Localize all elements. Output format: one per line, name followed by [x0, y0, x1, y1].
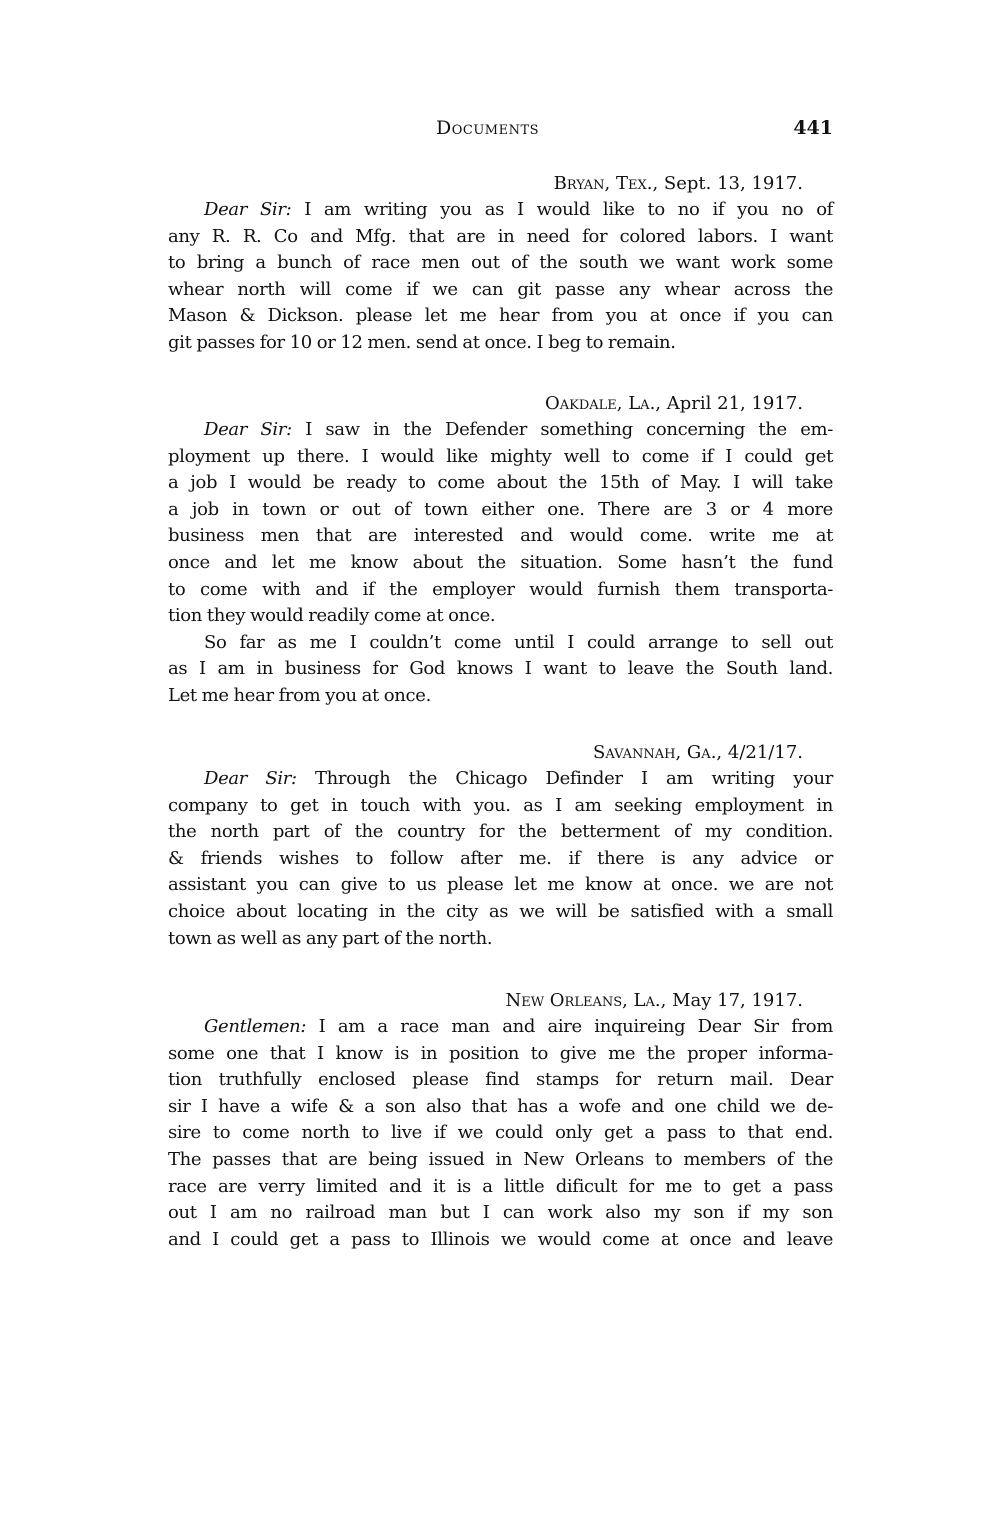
- salutation: Dear Sir:: [204, 419, 292, 440]
- body-line: whear north will come if we can git pass…: [168, 277, 833, 304]
- dateline: Oakdale, La., April 21, 1917.: [168, 390, 833, 417]
- body-line: company to get in touch with you. as I a…: [168, 793, 833, 820]
- body-line: tion truthfully enclosed please find sta…: [168, 1067, 833, 1094]
- body-line: & friends wishes to follow after me. if …: [168, 846, 833, 873]
- body-line: sir I have a wife & a son also that has …: [168, 1094, 833, 1121]
- dateline-date: May 17, 1917.: [666, 990, 803, 1011]
- letter-savannah: Savannah, Ga., 4/21/17. Dear Sir: Throug…: [168, 739, 833, 952]
- body-line: git passes for 10 or 12 men. send at onc…: [168, 330, 833, 357]
- dateline-date: April 21, 1917.: [661, 393, 803, 414]
- body-line: Mason & Dickson. please let me hear from…: [168, 303, 833, 330]
- body-line: to bring a bunch of race men out of the …: [168, 250, 833, 277]
- body-line: a job I would be ready to come about the…: [168, 470, 833, 497]
- body-line: Dear Sir: I am writing you as I would li…: [168, 197, 833, 224]
- body-line: race are verry limited and it is a littl…: [168, 1174, 833, 1201]
- letter-new-orleans: New Orleans, La., May 17, 1917. Gentleme…: [168, 987, 833, 1253]
- body-line: choice about locating in the city as we …: [168, 899, 833, 926]
- dateline-date: Sept. 13, 1917.: [658, 173, 803, 194]
- letter-bryan: Bryan, Tex., Sept. 13, 1917. Dear Sir: I…: [168, 170, 833, 357]
- dateline-place: New Orleans, La.,: [505, 990, 666, 1011]
- salutation: Gentlemen:: [204, 1016, 306, 1037]
- letter-oakdale: Oakdale, La., April 21, 1917. Dear Sir: …: [168, 390, 833, 710]
- dateline: Bryan, Tex., Sept. 13, 1917.: [168, 170, 833, 197]
- body-line: sire to come north to live if we could o…: [168, 1120, 833, 1147]
- body-line: and I could get a pass to Illinois we wo…: [168, 1227, 833, 1254]
- body-line: as I am in business for God knows I want…: [168, 656, 833, 683]
- page-number: 441: [793, 117, 833, 139]
- letter-body: Dear Sir: Through the Chicago Definder I…: [168, 766, 833, 952]
- body-line: Gentlemen: I am a race man and aire inqu…: [168, 1014, 833, 1041]
- letter-body: Dear Sir: I am writing you as I would li…: [168, 197, 833, 357]
- body-line: a job in town or out of town either one.…: [168, 497, 833, 524]
- body-line: any R. R. Co and Mfg. that are in need f…: [168, 224, 833, 251]
- running-head: Documents 441: [168, 117, 833, 143]
- body-line: once and let me know about the situation…: [168, 550, 833, 577]
- body-line: to come with and if the employer would f…: [168, 577, 833, 604]
- dateline-place: Savannah, Ga.,: [593, 742, 722, 763]
- salutation: Dear Sir:: [204, 768, 297, 789]
- dateline-place: Bryan, Tex.,: [554, 173, 659, 194]
- letter-body: Dear Sir: I saw in the Defender somethin…: [168, 417, 833, 710]
- body-line: tion they would readily come at once.: [168, 603, 833, 630]
- body-line: Dear Sir: I saw in the Defender somethin…: [168, 417, 833, 444]
- dateline: Savannah, Ga., 4/21/17.: [168, 739, 833, 766]
- body-line: ployment up there. I would like mighty w…: [168, 444, 833, 471]
- body-line: Dear Sir: Through the Chicago Definder I…: [168, 766, 833, 793]
- salutation: Dear Sir:: [204, 199, 291, 220]
- body-line: Let me hear from you at once.: [168, 683, 833, 710]
- body-line: the north part of the country for the be…: [168, 819, 833, 846]
- body-line: out I am no railroad man but I can work …: [168, 1200, 833, 1227]
- body-line: some one that I know is in position to g…: [168, 1041, 833, 1068]
- body-line: business men that are interested and wou…: [168, 523, 833, 550]
- body-line: assistant you can give to us please let …: [168, 872, 833, 899]
- dateline-date: 4/21/17.: [722, 742, 803, 763]
- running-title: Documents: [436, 117, 539, 139]
- dateline-place: Oakdale, La.,: [545, 393, 661, 414]
- body-line: The passes that are being issued in New …: [168, 1147, 833, 1174]
- letter-body: Gentlemen: I am a race man and aire inqu…: [168, 1014, 833, 1253]
- body-line: town as well as any part of the north.: [168, 926, 833, 953]
- body-line: So far as me I couldn’t come until I cou…: [168, 630, 833, 657]
- dateline: New Orleans, La., May 17, 1917.: [168, 987, 833, 1014]
